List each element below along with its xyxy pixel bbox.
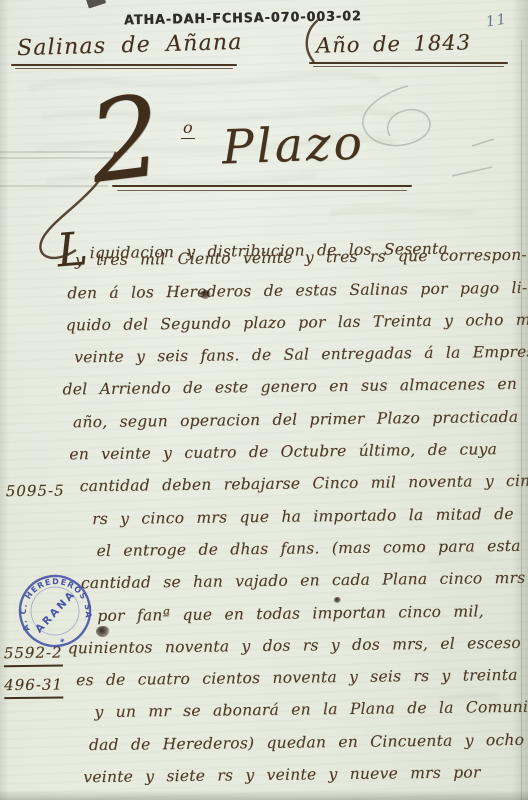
header-place-underline — [11, 64, 237, 66]
ink-blot — [334, 597, 341, 603]
title-underline-thin — [117, 190, 407, 191]
manuscript-body: Liquidacion y distribucion de los Sesent… — [0, 214, 528, 800]
ink-blot — [96, 626, 110, 637]
ink-blot — [200, 290, 211, 299]
line-text: veinte y siete rs y veinte y nueve mrs p… — [83, 763, 481, 786]
manuscript-page: ATHA-DAH-FCHSA-070-003-02 11 Salinas de … — [0, 0, 528, 800]
line-text: en veinte y cuatro de Octubre último, de… — [69, 440, 497, 463]
margin-amount: 5095-5 — [6, 482, 65, 501]
manuscript-line: veinte y siete rs y veinte y nueve mrs p… — [3, 763, 528, 800]
title-underline — [112, 185, 412, 187]
folio-page-number: 11 — [485, 11, 509, 30]
title-numeral: 2 — [83, 80, 167, 200]
line-text: rs y cinco mrs que ha importado la mitad… — [92, 505, 514, 528]
title-ordinal: o — [181, 118, 195, 139]
margin-amount: 496-31 — [4, 676, 63, 700]
line-text: el entroge de dhas fans. (mas como para … — [96, 537, 520, 560]
header-year-title: Año de 1843 — [316, 30, 471, 57]
line-text: por fanª que en todas importan cinco mil… — [97, 602, 484, 625]
header-year-underline-thin — [313, 66, 504, 67]
header-place-underline-thin — [15, 68, 233, 69]
stamp-bottom-mark: * — [59, 638, 66, 649]
title-word: Plazo — [221, 116, 366, 176]
header-year-underline — [309, 62, 508, 64]
